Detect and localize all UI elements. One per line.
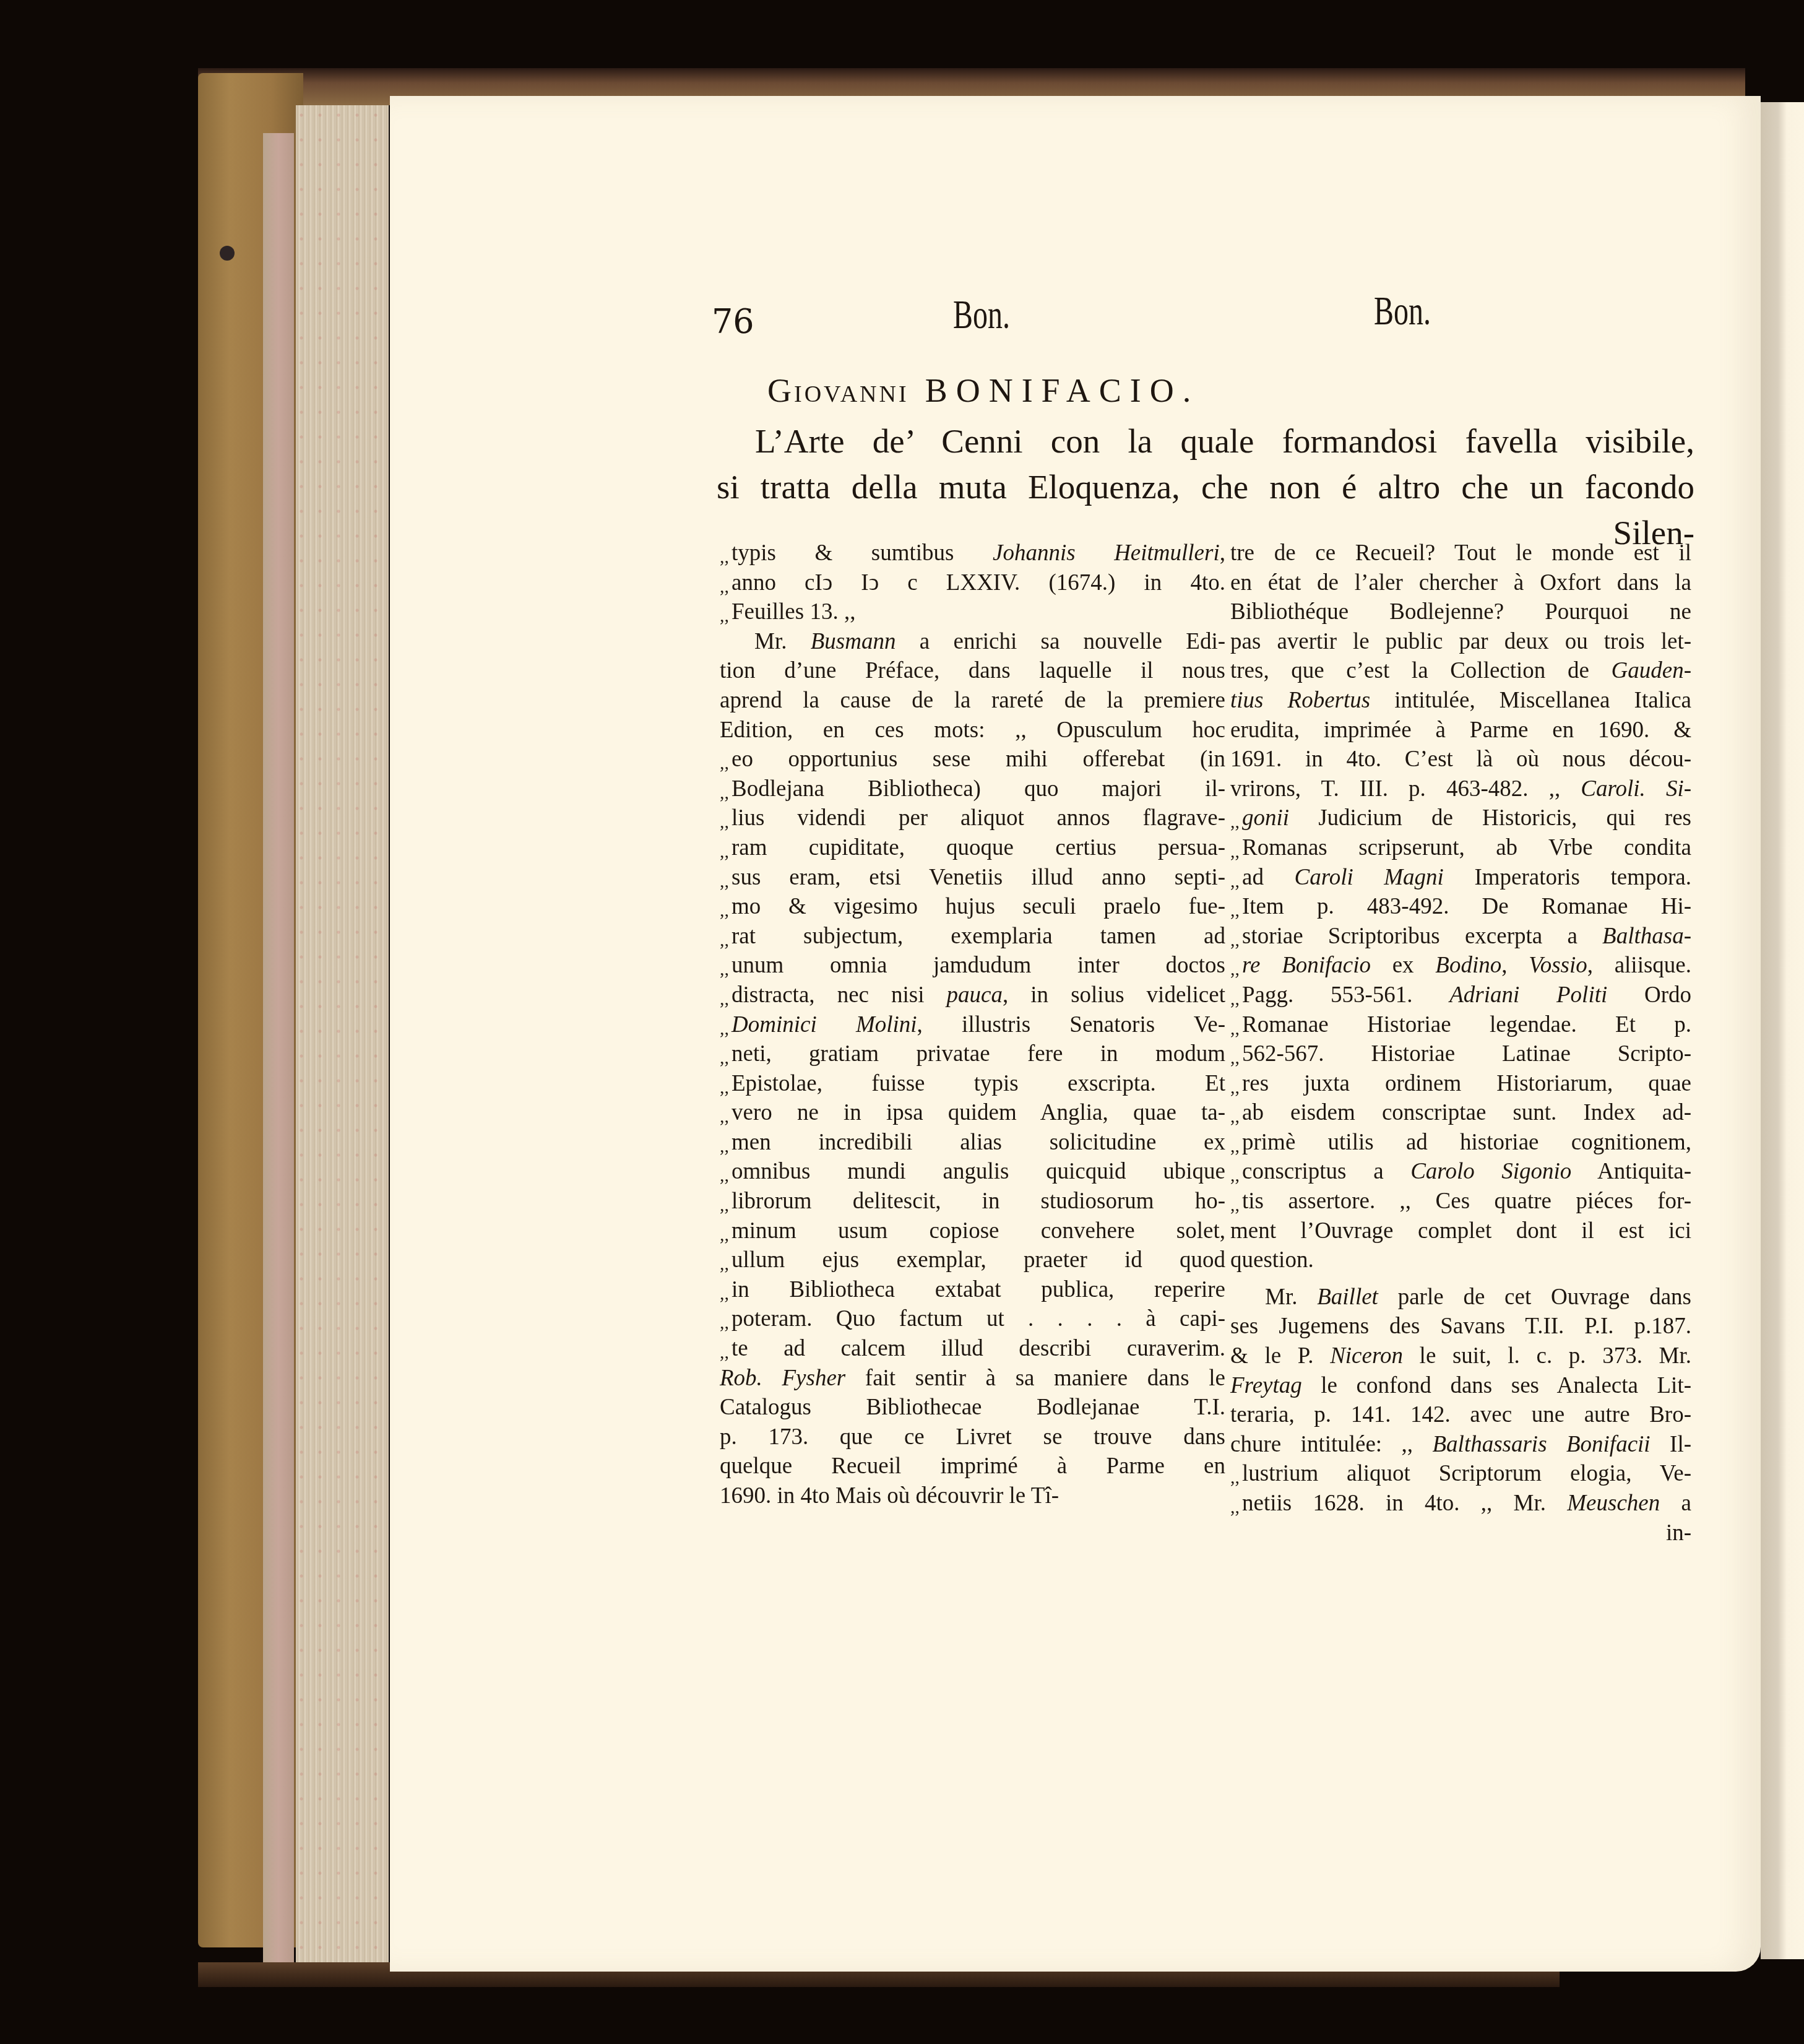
next-page-edge	[1761, 102, 1804, 1959]
text-line: ,,typis & sumtibus Johannis Heitmulleri,	[720, 539, 1225, 568]
text-line: ,,Epistolae, fuisse typis exscripta. Et	[720, 1069, 1225, 1099]
text-line: ,,in Bibliotheca extabat publica, reperi…	[720, 1275, 1225, 1305]
text-line: ,,mo & vigesimo hujus seculi praelo fue-	[720, 892, 1225, 922]
text-line: in-	[1230, 1518, 1691, 1548]
text-line: ,,men incredibili alias solicitudine ex	[720, 1128, 1225, 1158]
text-line: ,,Pagg. 553-561. Adriani Politi Ordo	[1230, 981, 1691, 1010]
author-given-name: Giovanni	[767, 372, 909, 409]
text-line: ,,tis assertore. ,, Ces quatre piéces fo…	[1230, 1187, 1691, 1216]
text-line: ,,Bodlejana Bibliotheca) quo majori il-	[720, 774, 1225, 804]
marbled-endpaper	[263, 133, 294, 1965]
text-column-right: tre de ce Recueil? Tout le monde est ile…	[1230, 539, 1691, 1548]
text-line: Catalogus Bibliothecae Bodlejanae T.I.	[720, 1393, 1225, 1423]
text-line: ,,ram cupiditate, quoque certius persua-	[720, 833, 1225, 863]
text-line: ,,Feuilles 13. ,,	[720, 597, 1225, 627]
text-line: Rob. Fysher fait sentir à sa maniere dan…	[720, 1364, 1225, 1393]
text-line: ,,ullum ejus exemplar, praeter id quod	[720, 1245, 1225, 1275]
text-line: & le P. Niceron le suit, l. c. p. 373. M…	[1230, 1341, 1691, 1371]
text-line: erudita, imprimée à Parme en 1690. &	[1230, 716, 1691, 745]
text-line: ,,sus eram, etsi Venetiis illud anno sep…	[720, 863, 1225, 893]
text-line: ,,neti, gratiam privatae fere in modum	[720, 1039, 1225, 1069]
text-line: tion d’une Préface, dans laquelle il nou…	[720, 656, 1225, 686]
text-line: question.	[1230, 1245, 1691, 1275]
paragraph-spacer	[1230, 1275, 1691, 1283]
text-line: ,,res juxta ordinem Historiarum, quae	[1230, 1069, 1691, 1099]
text-line: p. 173. que ce Livret se trouve dans	[720, 1423, 1225, 1452]
text-line: teraria, p. 141. 142. avec une autre Bro…	[1230, 1400, 1691, 1430]
text-line: ,,conscriptus a Carolo Sigonio Antiquita…	[1230, 1157, 1691, 1187]
text-line: ,,ab eisdem conscriptae sunt. Index ad-	[1230, 1098, 1691, 1128]
text-line: ,,lustrium aliquot Scriptorum elogia, Ve…	[1230, 1459, 1691, 1489]
text-column-left: ,,typis & sumtibus Johannis Heitmulleri,…	[720, 539, 1225, 1511]
work-title: L’Arte de’ Cenni con la quale formandosi…	[717, 418, 1694, 556]
text-line: ,,rat subjectum, exemplaria tamen ad	[720, 922, 1225, 951]
running-head-right: Bon.	[1374, 288, 1431, 334]
text-line: ses Jugemens des Savans T.II. P.I. p.187…	[1230, 1312, 1691, 1341]
text-line: ,,netiis 1628. in 4to. ,, Mr. Meuschen a	[1230, 1489, 1691, 1518]
text-line: ,,vero ne in ipsa quidem Anglia, quae ta…	[720, 1098, 1225, 1128]
text-line: tius Robertus intitulée, Miscellanea Ita…	[1230, 686, 1691, 716]
work-title-line: si tratta della muta Eloquenza, che non …	[717, 464, 1694, 510]
text-line: pas avertir le public par deux ou trois …	[1230, 627, 1691, 657]
text-line: vrirons, T. III. p. 463-482. ,, Caroli. …	[1230, 774, 1691, 804]
text-line: ,,poteram. Quo factum ut . . . . à capi-	[720, 1304, 1225, 1334]
text-line: ,,re Bonifacio ex Bodino, Vossio, aliisq…	[1230, 951, 1691, 981]
page-number: 76	[712, 302, 754, 341]
text-line: ,,librorum delitescit, in studiosorum ho…	[720, 1187, 1225, 1216]
text-line: Mr. Baillet parle de cet Ouvrage dans	[1230, 1283, 1691, 1312]
text-line: en état de l’aler chercher à Oxfort dans…	[1230, 568, 1691, 598]
text-line: quelque Recueil imprimé à Parme en	[720, 1452, 1225, 1481]
text-line: ,,lius videndi per aliquot annos flagrav…	[720, 803, 1225, 833]
text-line: tre de ce Recueil? Tout le monde est il	[1230, 539, 1691, 568]
text-line: ,,gonii Judicium de Historicis, qui res	[1230, 803, 1691, 833]
work-title-line: L’Arte de’ Cenni con la quale formandosi…	[717, 418, 1694, 464]
text-line: Bibliothéque Bodlejenne? Pourquoi ne	[1230, 597, 1691, 627]
text-line: chure intitulée: ,, Balthassaris Bonifac…	[1230, 1430, 1691, 1460]
text-line: Edition, en ces mots: ,, Opusculum hoc	[720, 716, 1225, 745]
text-line: ment l’Ouvrage complet dont il est ici	[1230, 1216, 1691, 1246]
text-line: Mr. Busmann a enrichi sa nouvelle Edi-	[720, 627, 1225, 657]
text-line: ,,Dominici Molini, illustris Senatoris V…	[720, 1010, 1225, 1040]
text-line: ,,storiae Scriptoribus excerpta a Baltha…	[1230, 922, 1691, 951]
text-line: ,,te ad calcem illud describi curaverim.	[720, 1334, 1225, 1364]
text-line: Freytag le confond dans ses Analecta Lit…	[1230, 1371, 1691, 1401]
running-head-left: Bon.	[953, 292, 1010, 338]
text-line: ,,omnibus mundi angulis quicquid ubique	[720, 1157, 1225, 1187]
text-line: aprend la cause de la rareté de la premi…	[720, 686, 1225, 716]
text-line: tres, que c’est la Collection de Gauden-	[1230, 656, 1691, 686]
text-line: ,,562-567. Historiae Latinae Scripto-	[1230, 1039, 1691, 1069]
text-line: ,,minum usum copiose convehere solet,	[720, 1216, 1225, 1246]
text-line: 1690. in 4to Mais où découvrir le Tî-	[720, 1481, 1225, 1511]
page-stack-edge	[296, 105, 389, 1975]
entry-heading: GiovanniBONIFACIO.	[767, 371, 1199, 410]
author-surname: BONIFACIO.	[925, 372, 1200, 409]
text-line: ,,eo opportunius sese mihi offerebat (in	[720, 745, 1225, 774]
text-line: ,,distracta, nec nisi pauca, in solius v…	[720, 981, 1225, 1010]
text-line: ,,anno cIↄ Iↄ c LXXIV. (1674.) in 4to.	[720, 568, 1225, 598]
text-line: ,,Romanae Historiae legendae. Et p.	[1230, 1010, 1691, 1040]
text-line: ,,Romanas scripserunt, ab Vrbe condita	[1230, 833, 1691, 863]
text-line: ,,primè utilis ad historiae cognitionem,	[1230, 1128, 1691, 1158]
text-line: ,,unum omnia jamdudum inter doctos	[720, 951, 1225, 981]
cover-hole	[220, 246, 235, 261]
text-line: 1691. in 4to. C’est là où nous décou-	[1230, 745, 1691, 774]
text-line: ,,Item p. 483-492. De Romanae Hi-	[1230, 892, 1691, 922]
text-line: ,,ad Caroli Magni Imperatoris tempora.	[1230, 863, 1691, 893]
